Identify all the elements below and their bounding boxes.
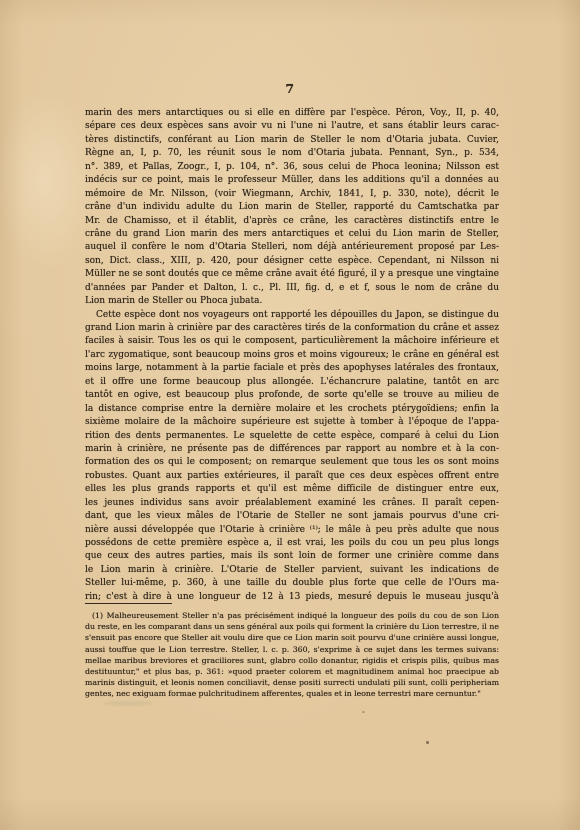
text-line: d'années par Pander et Dalton, l. c., Pl…	[85, 282, 499, 295]
text-line: moins large, notamment à la partie facia…	[85, 362, 499, 375]
text-line: Steller lui-même, p. 360, à une taille d…	[85, 577, 499, 590]
text-line: robustes. Quant aux parties extérieures,…	[85, 470, 499, 483]
text-line: sépare ces deux espèces sans avoir vu ni…	[85, 120, 499, 133]
text-line: les jeunes individus sans avoir préalabl…	[85, 497, 499, 510]
text-line: s'ensuit pas encore que Steller ait voul…	[85, 632, 499, 643]
text-line: la distance comprise entre la dernière m…	[85, 403, 499, 416]
text-line: faciles à saisir. Tous les os qui le com…	[85, 335, 499, 348]
text-line: que ceux des autres parties, mais ils so…	[85, 550, 499, 563]
text-line: sixième molaire de la mâchoire supérieur…	[85, 416, 499, 429]
text-line: marin à crinière, ne présente pas de dif…	[85, 443, 499, 456]
paper-speck	[426, 741, 429, 744]
text-line: son, Dict. class., XIII, p. 420, pour dé…	[85, 255, 499, 268]
text-line: crâne du grand Lion marin des mers antar…	[85, 228, 499, 241]
text-line: elles les plus grands rapports et qu'il …	[85, 483, 499, 496]
text-line: grand Lion marin à crinière par des cara…	[85, 322, 499, 335]
text-line: mémoire de Mr. Nilsson, (voir Wiegmann, …	[85, 188, 499, 201]
text-line: mellae maribus breviores et graciliores …	[85, 655, 499, 666]
paper-speck	[362, 711, 365, 713]
text-line: (1) Malheureusement Steller n'a pas préc…	[85, 610, 499, 621]
text-line: du reste, en les comparant dans un sens …	[85, 621, 499, 632]
text-line: marin des mers antarctiques ou si elle e…	[85, 107, 499, 120]
body-text: marin des mers antarctiques ou si elle e…	[85, 107, 499, 604]
text-line: Règne an, I, p. 70, les réunit sous le n…	[85, 147, 499, 160]
text-line: nière aussi développée que l'Otarie à cr…	[85, 524, 499, 537]
text-line: marinis distinguit, et leonis nomen conc…	[85, 677, 499, 688]
text-line: destituuntur," et plus bas, p. 361: »quo…	[85, 666, 499, 677]
paragraph: Cette espèce dont nos voyageurs ont rapp…	[85, 309, 499, 605]
text-line: gentes, nec exiguam formae pulchritudine…	[85, 688, 499, 699]
text-line: indécis sur ce point, mais le professeur…	[85, 174, 499, 187]
paper-show-through	[104, 701, 152, 706]
text-line: dant, que les vieux mâles de l'Otarie de…	[85, 510, 499, 523]
text-line: n°. 389, et Pallas, Zoogr., I, p. 104, n…	[85, 161, 499, 174]
text-line: auquel il confère le nom d'Otaria Stelle…	[85, 241, 499, 254]
text-line: tères distinctifs, conférant au Lion mar…	[85, 134, 499, 147]
text-line: aussi touffue que le Lion terrestre. Ste…	[85, 644, 499, 655]
text-line: Lion marin de Steller ou Phoca jubata.	[85, 295, 499, 308]
footnote-separator-rule	[85, 603, 172, 604]
text-line: Cette espèce dont nos voyageurs ont rapp…	[85, 309, 499, 322]
text-line: possédons de cette première espèce a, il…	[85, 537, 499, 550]
text-line: rition des dents permanentes. Le squelet…	[85, 430, 499, 443]
text-line: et il offre une forme beaucoup plus allo…	[85, 376, 499, 389]
footnote-text: (1) Malheureusement Steller n'a pas préc…	[85, 610, 499, 700]
text-line: crâne d'un individu adulte du Lion marin…	[85, 201, 499, 214]
text-line: formation des os qui le composent; on re…	[85, 456, 499, 469]
page-number: 7	[0, 81, 580, 96]
scanned-book-page: 7 marin des mers antarctiques ou si elle…	[0, 0, 580, 830]
paragraph: marin des mers antarctiques ou si elle e…	[85, 107, 499, 309]
text-line: Müller ne se sont doutés que ce même crâ…	[85, 268, 499, 281]
text-line: le Lion marin à crinière. L'Otarie de St…	[85, 564, 499, 577]
text-line: l'arc zygomatique, sont beaucoup moins g…	[85, 349, 499, 362]
text-line: Mr. de Chamisso, et il établit, d'après …	[85, 215, 499, 228]
text-line: tantôt en ogive, est beaucoup plus profo…	[85, 389, 499, 402]
